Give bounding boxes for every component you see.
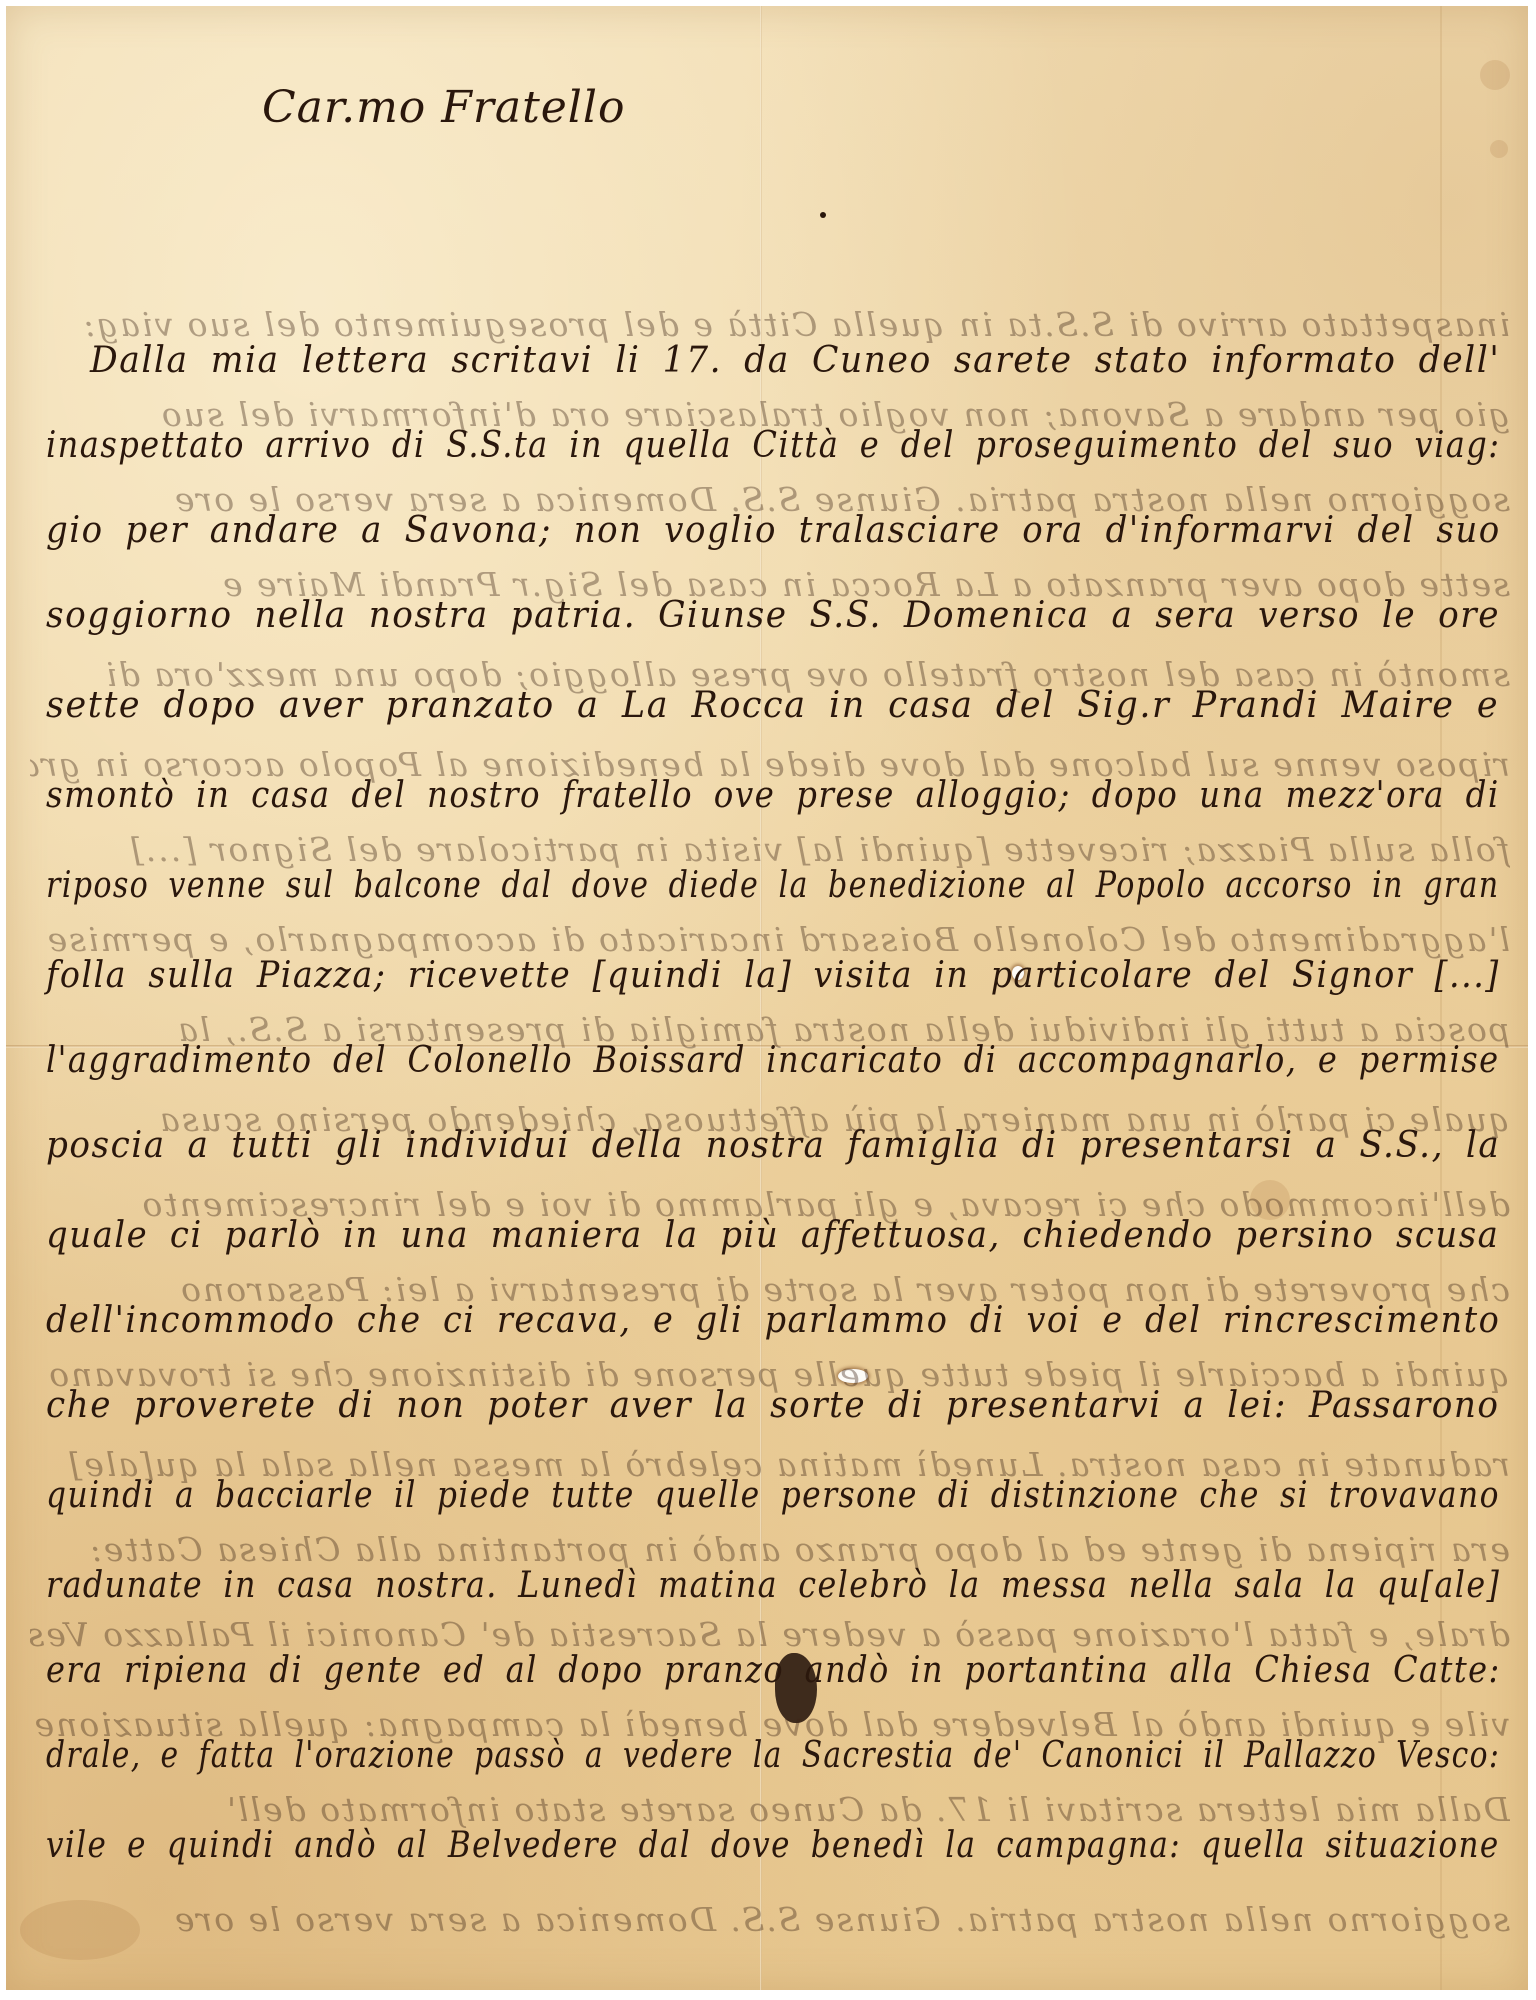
bleed-through-text: era ripiena di gente ed al dopo pranzo a… (30, 1530, 1510, 1569)
letter-line: gio per andare a Savona; non voglio tral… (46, 510, 1424, 551)
letter-line: inaspettato arrivo di S.S.ta in quella C… (46, 425, 1347, 466)
letter-line: l'aggradimento del Colonello Boissard in… (46, 1040, 1345, 1081)
paper-fold-vertical-right (1440, 6, 1442, 1990)
letter-line: soggiorno nella nostra patria. Giunse S.… (46, 595, 1436, 636)
letter-line: dell'incommodo che ci recava, e gli parl… (46, 1300, 1405, 1341)
letter-line: che proverete di non poter aver la sorte… (46, 1385, 1433, 1426)
letter-line: quindi a bacciarle il piede tutte quelle… (46, 1475, 1318, 1516)
letter-line: Dalla mia lettera scritavi li 17. da Cun… (90, 340, 1490, 381)
letter-line: sette dopo aver pranzato a La Rocca in c… (46, 685, 1464, 726)
bleed-through-text: Dalla mia lettera scritavi li 17. da Cun… (30, 1790, 1510, 1829)
ink-dot (820, 212, 826, 218)
paper-stain (1480, 60, 1510, 90)
letter-line: folla sulla Piazza; ricevette [quindi la… (46, 955, 1398, 996)
paper-stain (1490, 140, 1508, 158)
letter-line: era ripiena di gente ed al dopo pranzo a… (46, 1650, 1344, 1691)
bleed-through-text: l'aggradimento del Colonello Boissard in… (30, 920, 1510, 959)
bleed-through-text: folla sulla Piazza; ricevette [quindi la… (30, 830, 1510, 869)
bleed-through-text: soggiorno nella nostra patria. Giunse S.… (30, 1900, 1510, 1939)
letter-line: radunate in casa nostra. Lunedì matina c… (46, 1565, 1334, 1606)
paper-fold-vertical (760, 6, 762, 1990)
bleed-through-text: inaspettato arrivo di S.S.ta in quella C… (30, 305, 1510, 344)
letter-line: poscia a tutti gli individui della nostr… (46, 1125, 1433, 1166)
letter-salutation: Car.mo Fratello (262, 82, 625, 133)
letter-paper (6, 6, 1528, 1990)
letter-line: quale ci parlò in una maniera la più aff… (46, 1215, 1421, 1256)
letter-line: smontò in casa del nostro fratello ove p… (46, 775, 1364, 816)
bleed-through-text: drale, e fatta l'orazione passò a vedere… (30, 1615, 1510, 1654)
letter-line: drale, e fatta l'orazione passò a vedere… (46, 1735, 1252, 1776)
letter-line: riposo venne sul balcone dal dove diede … (46, 865, 1268, 906)
letter-line: vile e quindi andò al Belvedere dal dove… (46, 1825, 1305, 1866)
